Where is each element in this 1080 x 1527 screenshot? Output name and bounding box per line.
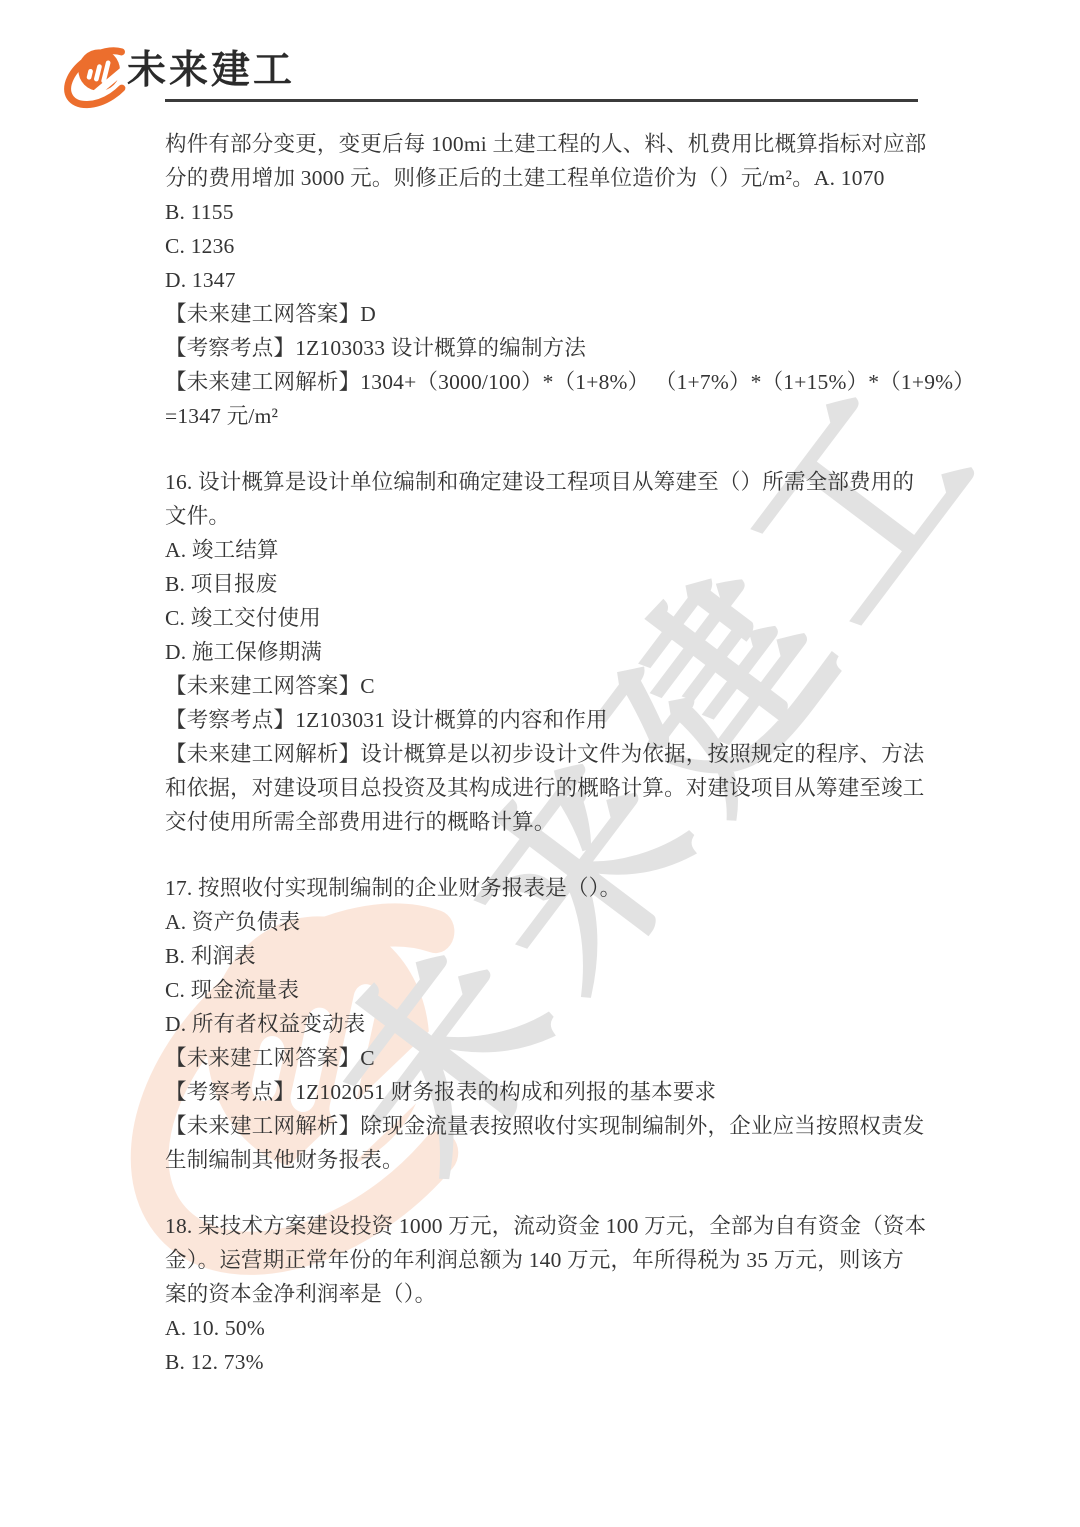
exam-point-line: 【考察考点】1Z102051 财务报表的构成和列报的基本要求 (165, 1075, 945, 1109)
question-paragraph-line: 16. 设计概算是设计单位编制和确定建设工程项目从筹建至（）所需全部费用的 (165, 465, 945, 499)
answer-line: 【未来建工网答案】C (165, 1041, 945, 1075)
analysis-line: 和依据，对建设项目总投资及其构成进行的概略计算。对建设项目从筹建至竣工 (165, 771, 945, 805)
option-line: D. 所有者权益变动表 (165, 1007, 945, 1041)
answer-line: 【未来建工网答案】C (165, 669, 945, 703)
analysis-line: 【未来建工网解析】除现金流量表按照收付实现制编制外，企业应当按照权责发 (165, 1109, 945, 1143)
analysis-line: 交付使用所需全部费用进行的概略计算。 (165, 805, 945, 839)
option-line: B. 项目报废 (165, 567, 945, 601)
option-line: D. 1347 (165, 263, 945, 297)
analysis-line: =1347 元/m² (165, 399, 945, 433)
question-paragraph-line: 17. 按照收付实现制编制的企业财务报表是（）。 (165, 871, 945, 905)
brand-name: 未来建工 (127, 50, 295, 93)
option-line: D. 施工保修期满 (165, 635, 945, 669)
exam-point-line: 【考察考点】1Z103033 设计概算的编制方法 (165, 331, 945, 365)
analysis-line: 【未来建工网解析】设计概算是以初步设计文件为依据，按照规定的程序、方法 (165, 737, 945, 771)
analysis-line: 【未来建工网解析】1304+（3000/100）*（1+8%） （1+7%）*（… (165, 365, 945, 399)
document-page: 未来建工 未来建工 (0, 0, 1080, 1527)
option-line: C. 1236 (165, 229, 945, 263)
question-paragraph-line: 文件。 (165, 499, 945, 533)
question-paragraph-line: 18. 某技术方案建设投资 1000 万元，流动资金 100 万元，全部为自有资… (165, 1209, 945, 1243)
question-paragraph-line: 案的资本金净利润率是（）。 (165, 1277, 945, 1311)
question-paragraph-line: 分的费用增加 3000 元。则修正后的土建工程单位造价为（）元/m²。A. 10… (165, 161, 945, 195)
option-line: A. 竣工结算 (165, 533, 945, 567)
answer-line: 【未来建工网答案】D (165, 297, 945, 331)
option-line: B. 利润表 (165, 939, 945, 973)
option-line: A. 资产负债表 (165, 905, 945, 939)
document-lines: 构件有部分变更，变更后每 100mi 土建工程的人、料、机费用比概算指标对应部分… (165, 127, 945, 1379)
question-paragraph-line: 构件有部分变更，变更后每 100mi 土建工程的人、料、机费用比概算指标对应部 (165, 127, 945, 161)
header-divider (165, 99, 918, 102)
option-line: B. 1155 (165, 195, 945, 229)
option-line: C. 竣工交付使用 (165, 601, 945, 635)
option-line: C. 现金流量表 (165, 973, 945, 1007)
exam-point-line: 【考察考点】1Z103031 设计概算的内容和作用 (165, 703, 945, 737)
option-line: B. 12. 73% (165, 1345, 945, 1379)
analysis-line: 生制编制其他财务报表。 (165, 1143, 945, 1177)
question-paragraph-line: 金）。运营期正常年份的年利润总额为 140 万元，年所得税为 35 万元，则该方 (165, 1243, 945, 1277)
option-line: A. 10. 50% (165, 1311, 945, 1345)
